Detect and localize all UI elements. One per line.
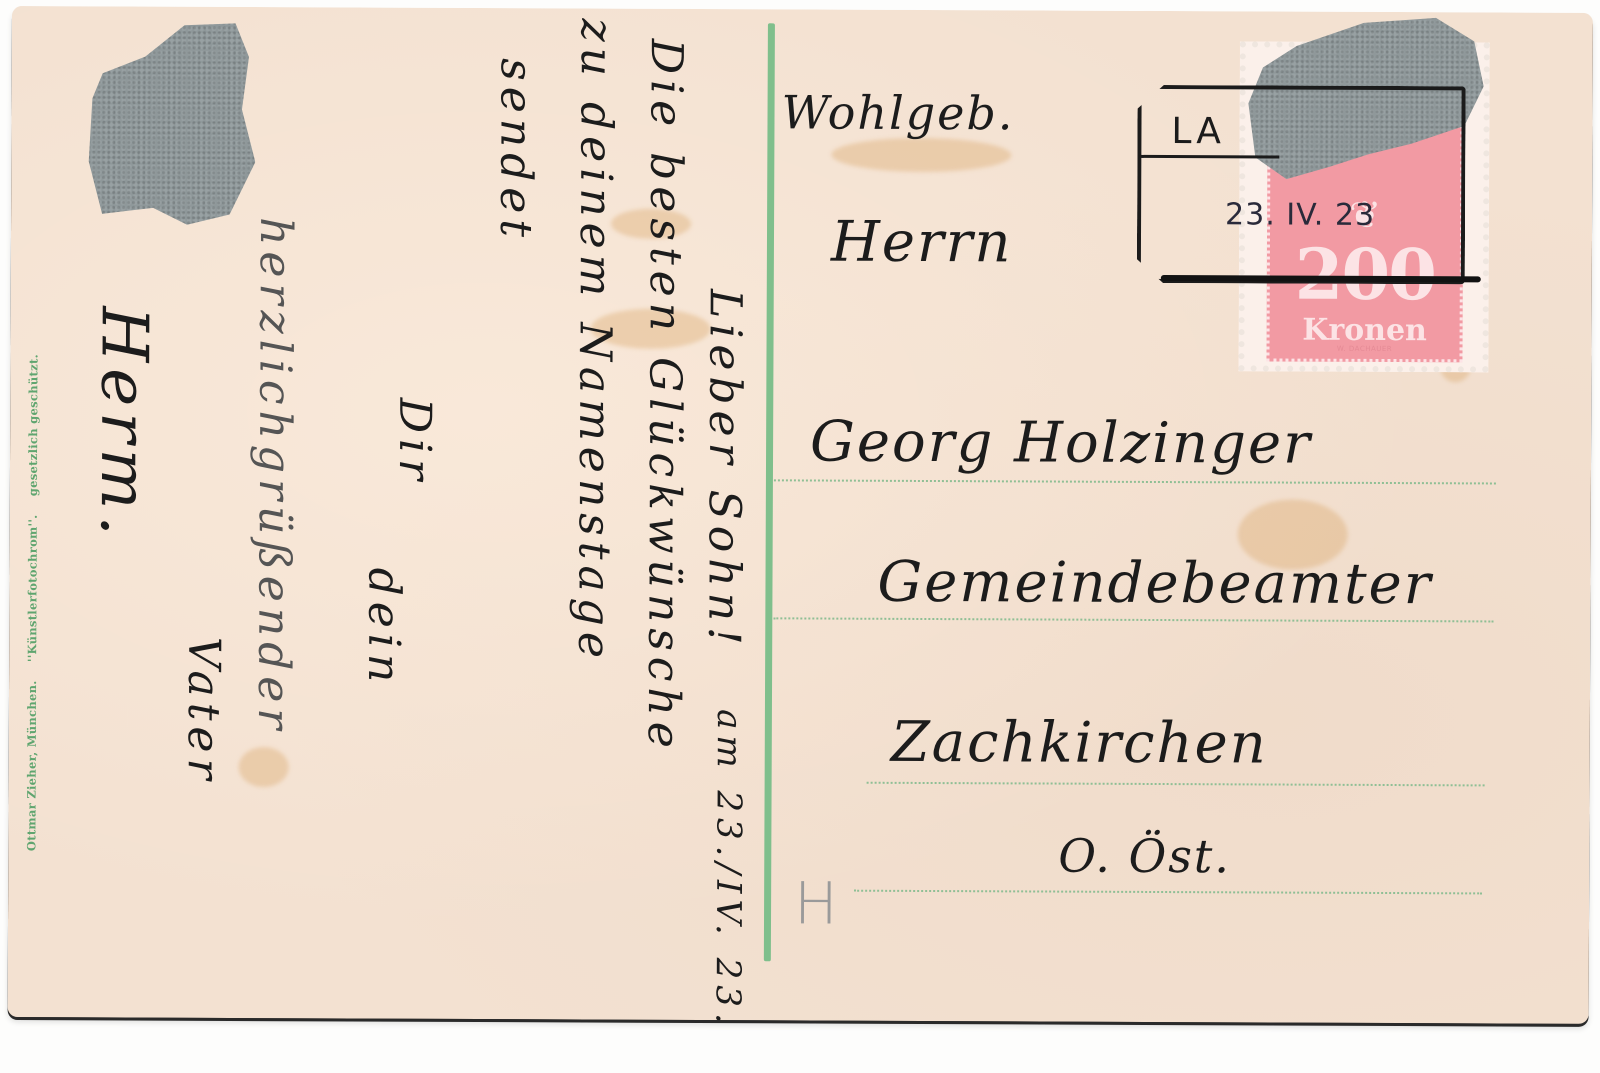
address-line-1: [774, 479, 1496, 484]
address-town: Zachkirchen: [891, 710, 1268, 777]
address-line-3: [867, 782, 1485, 787]
felt-residue-left: [85, 14, 256, 225]
message-address-divider: [764, 23, 775, 961]
imprint-notice: gesetzlich geschützt.: [26, 354, 41, 496]
address-line-4: [854, 890, 1482, 895]
postmark-date: 23. IV. 23: [1225, 197, 1375, 233]
message-column-9: Herm.: [86, 306, 161, 542]
message-column-5: Dir: [389, 398, 440, 487]
imprint-publisher: Ottmar Zieher, München.: [24, 680, 39, 851]
stain: [239, 747, 289, 787]
imprint-series: ''Künstlerfotochrom''.: [25, 514, 40, 662]
message-column-1: Lieber Sohn!: [698, 289, 751, 651]
stain: [831, 138, 1011, 173]
postmark-place: LA: [1171, 111, 1225, 152]
message-column-6: dein: [358, 568, 410, 689]
message-column-2: Die besten Glückwünsche: [638, 39, 692, 754]
address-line-2: [773, 617, 1493, 622]
postmark-rule: [1139, 155, 1279, 159]
address-region: O. Öst.: [1058, 829, 1231, 884]
message-column-8: Vater: [178, 637, 230, 786]
postcard: Ottmar Zieher, München. ''Künstlerfotoch…: [8, 6, 1593, 1024]
address-name: Georg Holzinger: [810, 409, 1312, 476]
stamp-engraver: W. DACHAUER: [1270, 344, 1460, 353]
stamp-currency: Kronen: [1270, 312, 1460, 348]
address-salutation: Wohlgeb.: [781, 85, 1014, 140]
pencil-mark: H: [794, 869, 838, 937]
address-title: Herrn: [831, 210, 1013, 276]
message-column-7: herzlichgrüßender: [248, 217, 301, 735]
publisher-imprint: Ottmar Zieher, München. ''Künstlerfotoch…: [24, 340, 40, 851]
message-column-4: sendet: [490, 58, 542, 243]
message-column-3: zu deinem Namenstage: [568, 18, 622, 664]
address-occupation: Gemeindebeamter: [877, 550, 1432, 617]
message-dateline: am 23./IV. 23.: [708, 709, 749, 1024]
